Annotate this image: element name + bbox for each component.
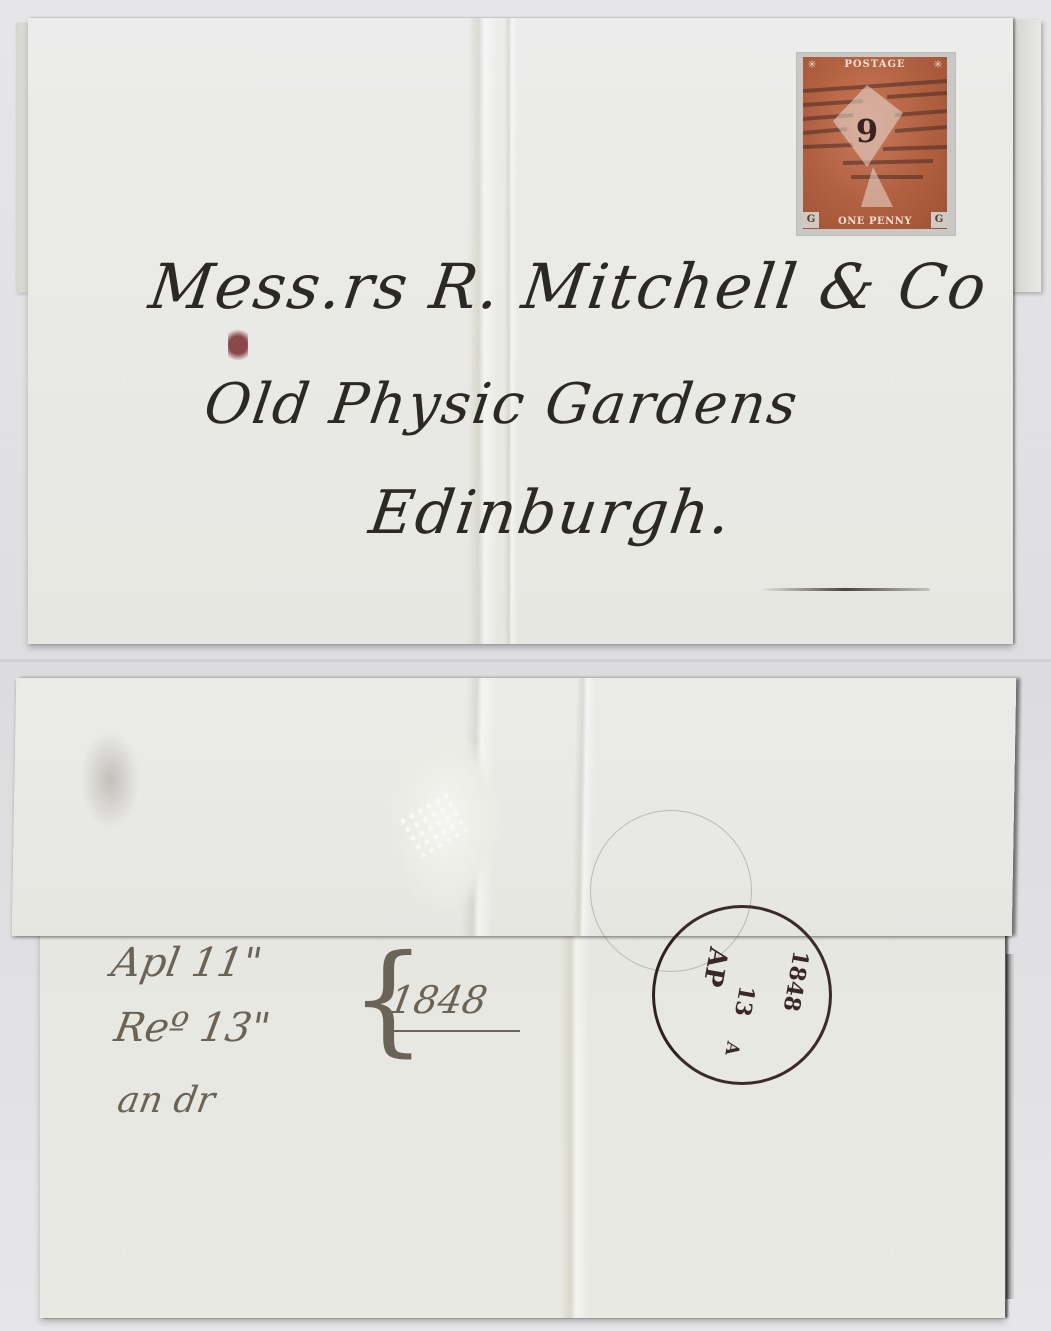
address-line-addressee: Mess.rs R. Mitchell & Co (145, 250, 993, 323)
docket-answered: an dr (114, 1080, 218, 1121)
address-line-street: Old Physic Gardens (200, 372, 802, 437)
receiving-datestamp: AP 13 1848 A (652, 905, 832, 1085)
stamp-corner-letter-right: G (931, 212, 947, 228)
docket-sent-date: Apl 11" (108, 940, 265, 986)
address-underline-flourish (760, 588, 930, 591)
vertical-fold-crease (560, 924, 590, 1318)
docket-year-underline (392, 1030, 520, 1032)
vertical-fold-crease (468, 18, 498, 644)
postmark-day: 13 (729, 984, 760, 1019)
vertical-fold-crease (504, 18, 518, 644)
offset-ink-smudge (80, 730, 140, 830)
postmark-year: 1848 (777, 949, 813, 1014)
red-ink-mark (228, 325, 248, 365)
cover-back-top-flap (12, 678, 1017, 936)
right-paper-edge (1006, 954, 1014, 1299)
docket-received-date: Reº 13" (111, 1005, 274, 1051)
stamp-corner-letter-left: G (803, 212, 819, 228)
stamp-postage-label: POSTAGE (803, 59, 947, 70)
docket-year: 1848 (386, 978, 490, 1022)
penny-red-stamp: ✳ ✳ POSTAGE 9 G ONE PENNY G (797, 53, 955, 235)
stamp-value-label: ONE PENNY (821, 216, 929, 227)
stamp-design: ✳ ✳ POSTAGE 9 G ONE PENNY G (803, 57, 947, 229)
postmark-month: AP (697, 945, 733, 989)
address-line-city: Edinburgh. (365, 478, 737, 548)
postmark-code-letter: A (720, 1040, 743, 1057)
cancel-numeral: 9 (850, 109, 884, 153)
